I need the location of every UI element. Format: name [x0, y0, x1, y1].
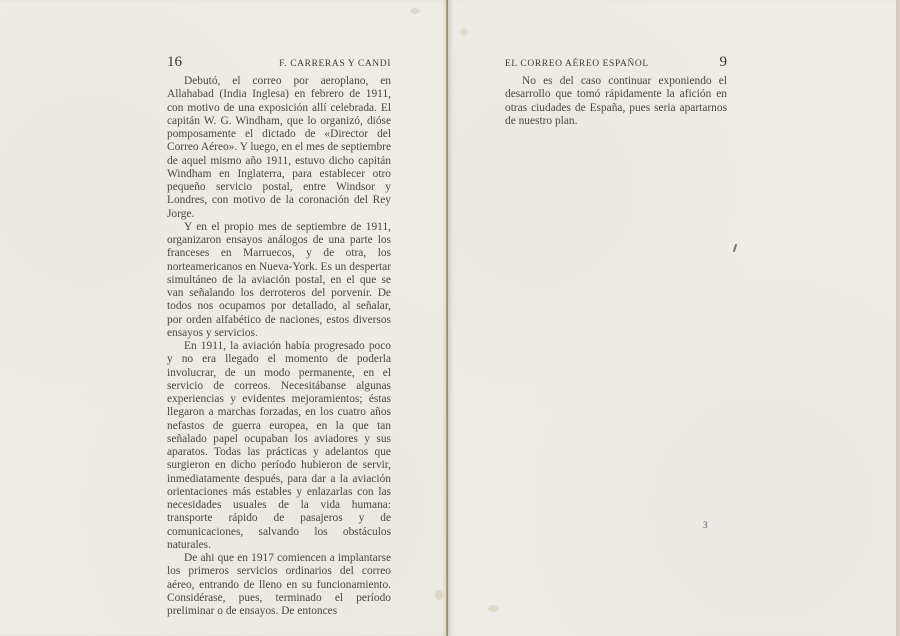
right-text-column: No es del caso continuar exponiendo el d…: [505, 75, 727, 128]
signature-mark: 3: [703, 520, 708, 530]
paper-stain: [410, 8, 420, 14]
left-text-column: Debutó, el correo por aeroplano, en Alla…: [167, 75, 391, 618]
paper-stain: [460, 28, 468, 36]
page-edge: [896, 0, 900, 636]
right-running-title: EL CORREO AÉREO ESPAÑOL: [505, 59, 649, 69]
right-paragraph-1: No es del caso continuar exponiendo el d…: [505, 75, 727, 128]
left-running-head: 16 F. CARRERAS Y CANDI: [167, 54, 391, 72]
right-page: EL CORREO AÉREO ESPAÑOL 9 No es del caso…: [448, 0, 897, 636]
left-page: 16 F. CARRERAS Y CANDI Debutó, el correo…: [0, 0, 447, 636]
left-paragraph-1: Debutó, el correo por aeroplano, en Alla…: [167, 75, 391, 221]
paper-stain: [488, 605, 498, 612]
paper-stain: [435, 590, 443, 600]
left-running-title: F. CARRERAS Y CANDI: [279, 59, 391, 69]
right-running-head: EL CORREO AÉREO ESPAÑOL 9: [505, 54, 727, 72]
left-page-number: 16: [167, 54, 182, 71]
left-paragraph-4: De ahi que en 1917 comiencen a implantar…: [167, 552, 391, 618]
right-page-number: 9: [720, 54, 728, 71]
ink-speck: [733, 244, 737, 252]
book-spread: 16 F. CARRERAS Y CANDI Debutó, el correo…: [0, 0, 900, 636]
book-gutter: [446, 0, 448, 636]
left-paragraph-2: Y en el propio mes de septiembre de 1911…: [167, 221, 391, 340]
left-paragraph-3: En 1911, la aviación había progresado po…: [167, 340, 391, 552]
